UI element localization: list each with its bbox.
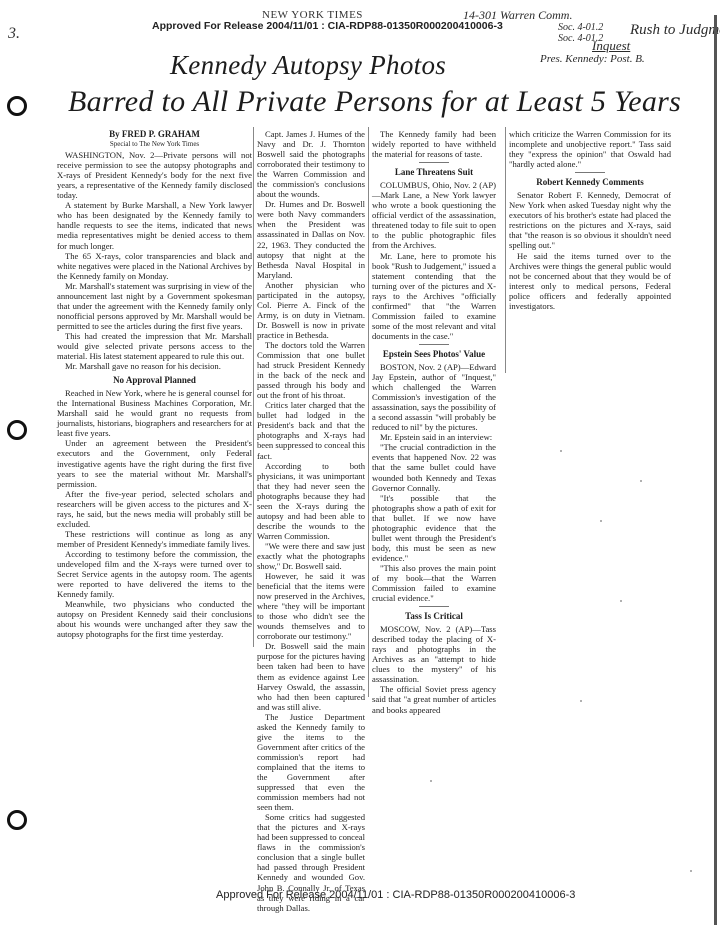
handwritten-note: Rush to Judgment <box>630 22 720 39</box>
handwritten-note: 14-301 Warren Comm. <box>463 8 572 23</box>
paragraph: These restrictions will continue as long… <box>57 529 252 549</box>
paragraph: A statement by Burke Marshall, a New Yor… <box>57 200 252 250</box>
paragraph: The Justice Department asked the Kennedy… <box>257 712 365 812</box>
handwritten-note: Soc. 4-01.2 <box>558 22 603 33</box>
paragraph: BOSTON, Nov. 2 (AP)—Edward Jay Epstein, … <box>372 362 496 432</box>
byline-special: Special to The New York Times <box>57 139 252 149</box>
page-number: 3. <box>8 25 20 43</box>
article-column-b: Capt. James J. Humes of the Navy and Dr.… <box>257 129 365 913</box>
paragraph: According to testimony before the commis… <box>57 549 252 599</box>
paragraph: Mr. Marshall's statement was surprising … <box>57 281 252 331</box>
headline-line-2: Barred to All Private Persons for at Lea… <box>68 85 681 119</box>
scan-speckle <box>580 700 582 702</box>
binder-hole-icon <box>7 420 27 440</box>
paragraph: "This also proves the main point of my b… <box>372 563 496 603</box>
scan-speckle <box>560 450 562 452</box>
scan-speckle <box>600 520 602 522</box>
section-divider <box>419 162 449 163</box>
paragraph: which criticize the Warren Commission fo… <box>509 129 671 169</box>
paragraph: COLUMBUS, Ohio, Nov. 2 (AP)—Mark Lane, a… <box>372 180 496 250</box>
subhead: No Approval Planned <box>57 375 252 385</box>
scan-speckle <box>690 870 692 872</box>
paragraph: Dr. Boswell said the main purpose for th… <box>257 641 365 711</box>
paragraph: The official Soviet press agency said th… <box>372 684 496 714</box>
subhead: Robert Kennedy Comments <box>509 177 671 187</box>
subhead: Tass Is Critical <box>372 611 496 621</box>
subhead: Lane Threatens Suit <box>372 167 496 177</box>
paragraph: Mr. Marshall gave no reason for his deci… <box>57 361 252 371</box>
paragraph: Another physician who participated in th… <box>257 280 365 340</box>
headline-line-1: Kennedy Autopsy Photos <box>170 50 446 81</box>
scan-speckle <box>430 780 432 782</box>
paragraph: The doctors told the Warren Commission t… <box>257 340 365 400</box>
handwritten-note: Inquest <box>592 38 630 54</box>
section-divider <box>419 344 449 345</box>
paragraph: MOSCOW, Nov. 2 (AP)—Tass described today… <box>372 624 496 684</box>
byline: By FRED P. GRAHAM <box>57 129 252 139</box>
paragraph: Meanwhile, two physicians who conducted … <box>57 599 252 639</box>
release-stamp-top: Approved For Release 2004/11/01 : CIA-RD… <box>152 20 503 32</box>
paragraph: The 65 X-rays, color transparencies and … <box>57 251 252 281</box>
paragraph: "We were there and saw just exactly what… <box>257 541 365 571</box>
paragraph: The Kennedy family had been widely repor… <box>372 129 496 159</box>
subhead: Epstein Sees Photos' Value <box>372 349 496 359</box>
paragraph: Mr. Epstein said in an interview: <box>372 432 496 442</box>
paragraph: Critics later charged that the bullet ha… <box>257 400 365 460</box>
column-rule <box>505 127 506 373</box>
paragraph: According to both physicians, it was uni… <box>257 461 365 541</box>
binder-hole-icon <box>7 96 27 116</box>
paragraph: Senator Robert F. Kennedy, Democrat of N… <box>509 190 671 250</box>
section-divider <box>419 606 449 607</box>
paragraph: Mr. Lane, here to promote his book "Rush… <box>372 251 496 341</box>
paragraph: This had created the impression that Mr.… <box>57 331 252 361</box>
article-column-a: By FRED P. GRAHAM Special to The New Yor… <box>57 129 252 639</box>
paragraph: Dr. Humes and Dr. Boswell were both Navy… <box>257 199 365 279</box>
section-divider <box>575 172 605 173</box>
paragraph: He said the items turned over to the Arc… <box>509 251 671 311</box>
article-column-d: which criticize the Warren Commission fo… <box>509 129 671 311</box>
paragraph: WASHINGTON, Nov. 2—Private persons will … <box>57 150 252 200</box>
scan-speckle <box>620 600 622 602</box>
release-stamp-bottom: Approved For Release 2004/11/01 : CIA-RD… <box>216 889 575 901</box>
column-rule <box>253 127 254 647</box>
page-edge-divider <box>714 15 717 925</box>
scan-speckle <box>640 480 642 482</box>
column-rule <box>368 127 369 697</box>
handwritten-note: Pres. Kennedy: Post. B. <box>540 53 645 65</box>
paragraph: "It's possible that the photographs show… <box>372 493 496 563</box>
paragraph: After the five-year period, selected sch… <box>57 489 252 529</box>
article-column-c: The Kennedy family had been widely repor… <box>372 129 496 715</box>
paragraph: However, he said it was beneficial that … <box>257 571 365 641</box>
paragraph: "The crucial contradiction in the events… <box>372 442 496 492</box>
paragraph: Reached in New York, where he is general… <box>57 388 252 438</box>
paragraph: Capt. James J. Humes of the Navy and Dr.… <box>257 129 365 199</box>
binder-hole-icon <box>7 810 27 830</box>
paragraph: Under an agreement between the President… <box>57 438 252 488</box>
